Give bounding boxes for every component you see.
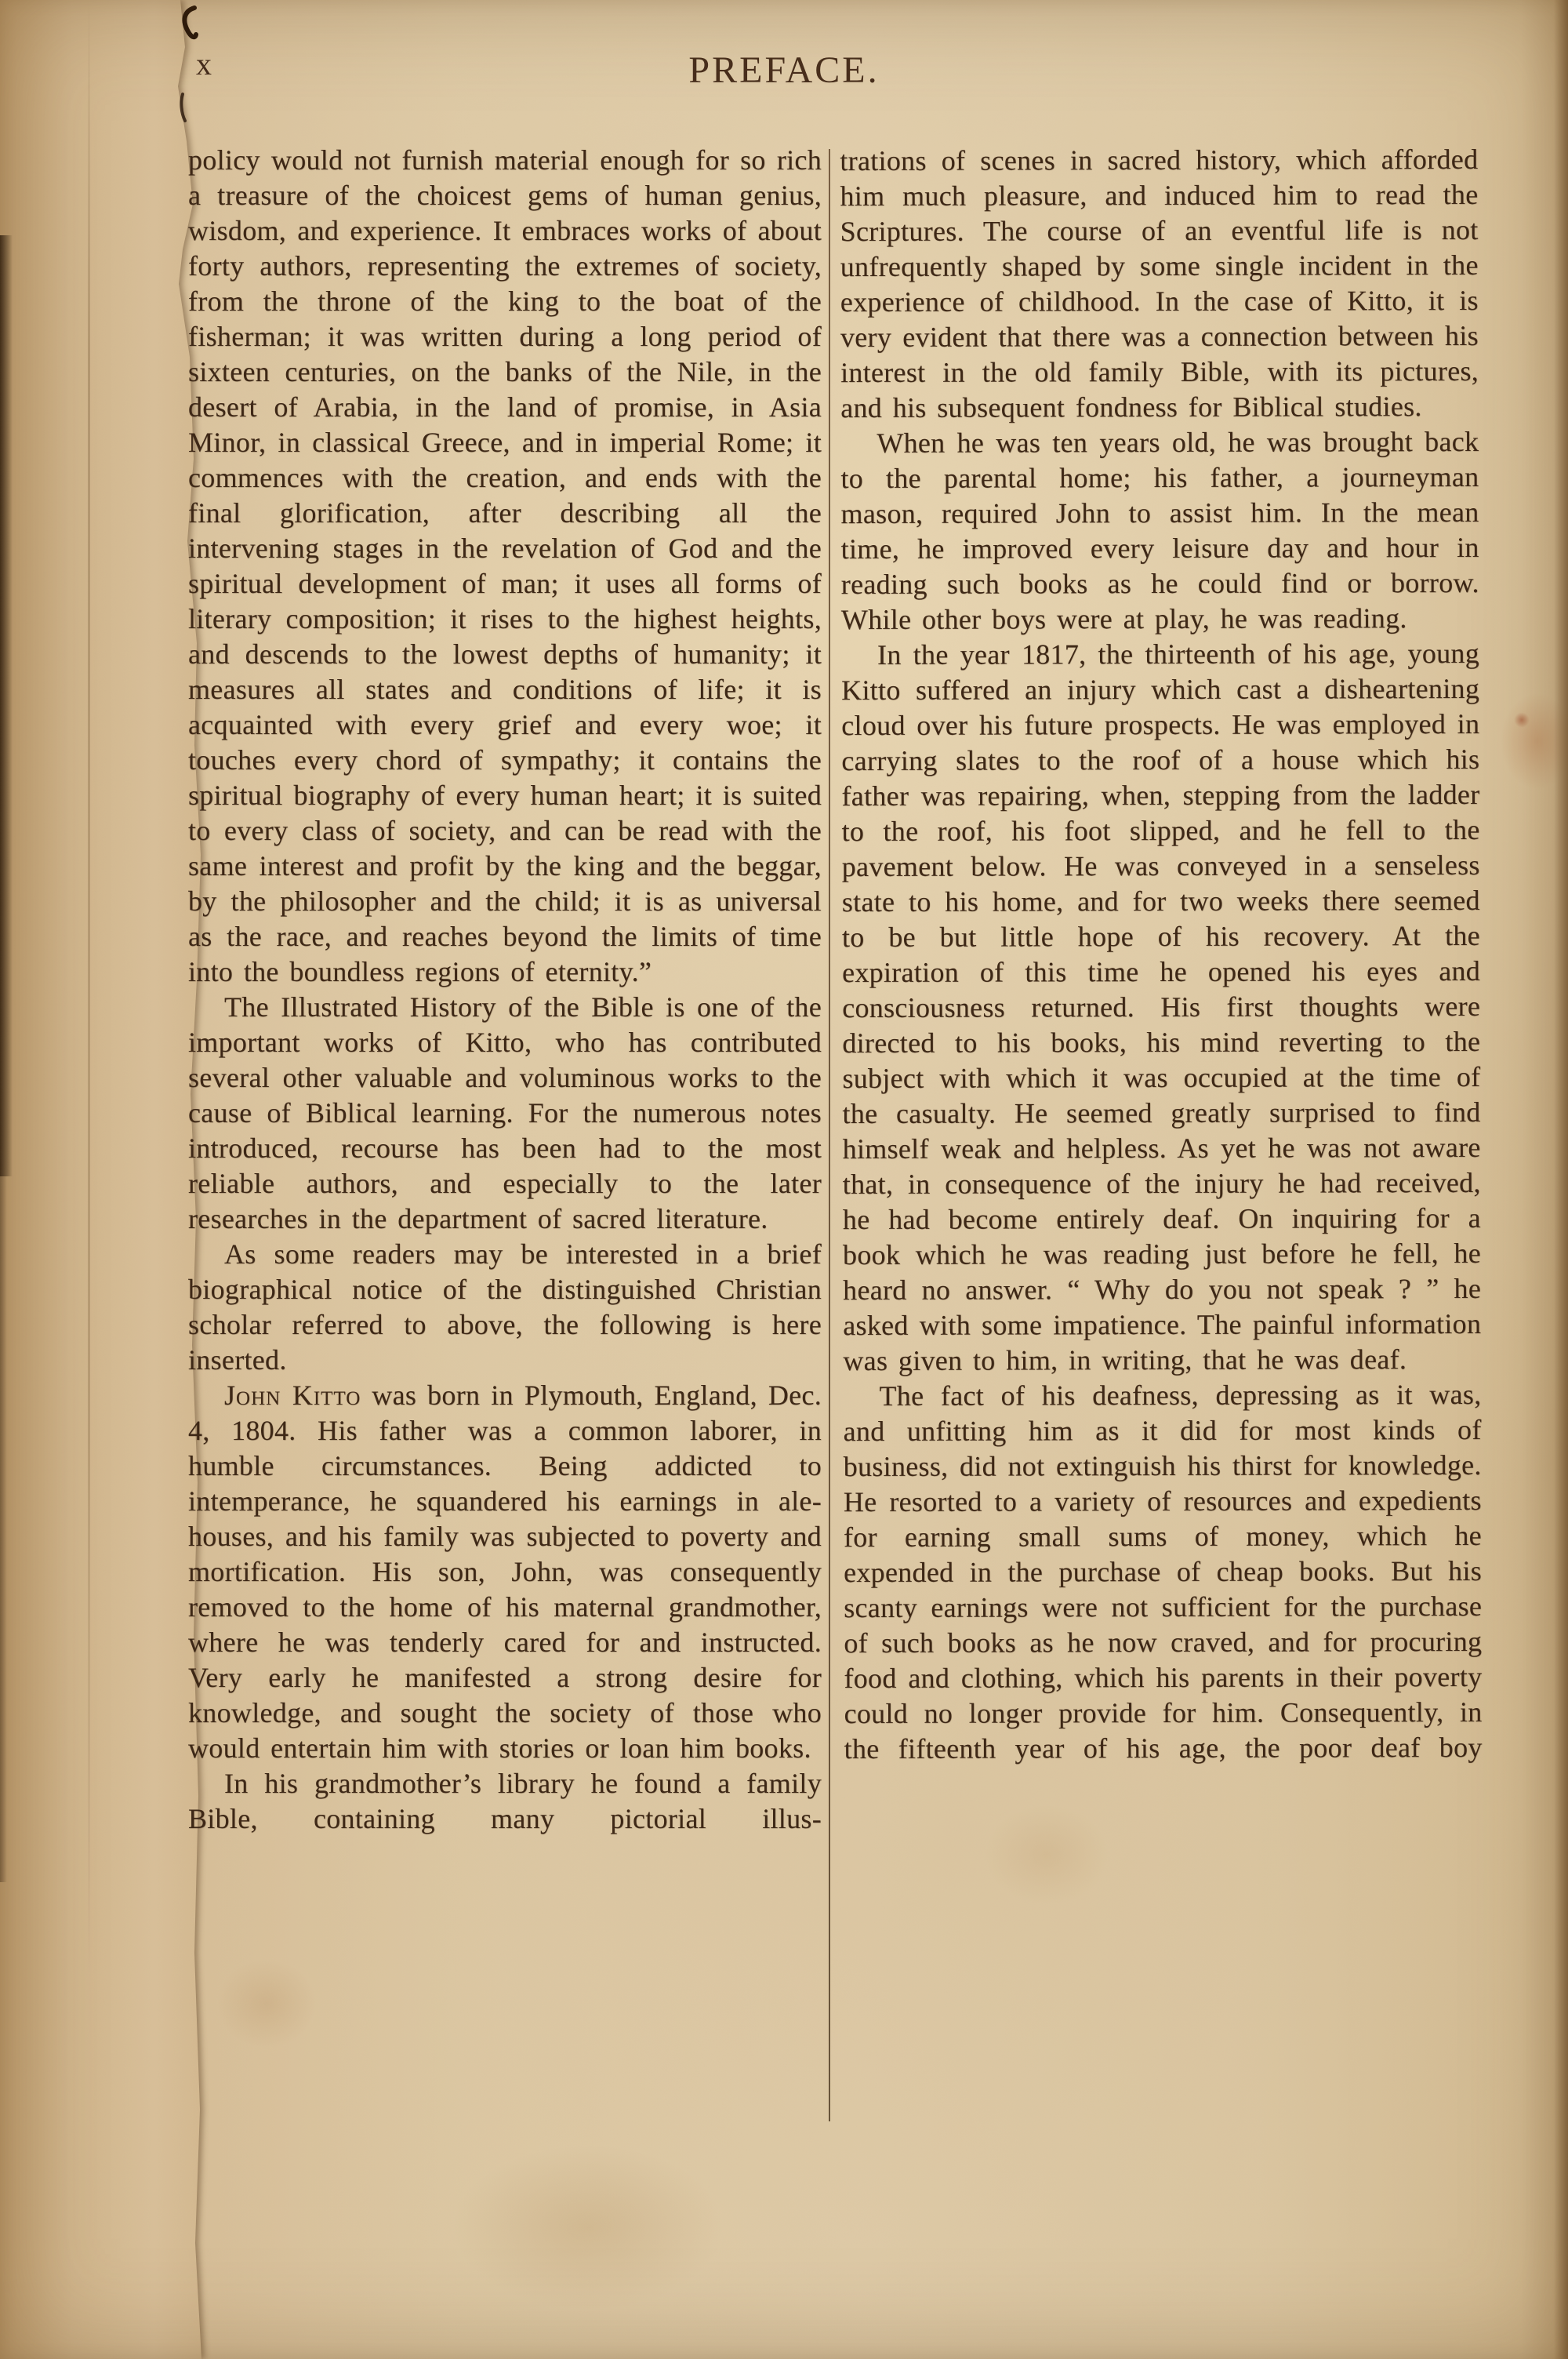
stain bbox=[408, 2117, 768, 2337]
paragraph: When he was ten years old, he was brough… bbox=[840, 424, 1479, 638]
paragraph-text: As some readers may be interested in a b… bbox=[188, 1238, 822, 1376]
gutter-shadow-lower bbox=[0, 1176, 7, 1882]
stain bbox=[1512, 710, 1532, 730]
stain bbox=[200, 1945, 333, 2063]
paper-crease bbox=[88, 0, 90, 1976]
paragraph: In his grandmother’s library he found a … bbox=[188, 1766, 822, 1837]
stain bbox=[1486, 674, 1568, 808]
gutter-shadow bbox=[0, 235, 13, 1176]
paragraph-text: In the year 1817, the thirteenth of his … bbox=[841, 638, 1481, 1376]
paragraph-text: In his grandmother’s library he found a … bbox=[188, 1768, 822, 1834]
left-column: policy would not furnish material enough… bbox=[188, 143, 822, 1837]
page-title: PREFACE. bbox=[0, 49, 1568, 92]
paragraph-text: trations of scenes in sacred history, wh… bbox=[840, 144, 1479, 423]
page-edge-shadow bbox=[1554, 0, 1568, 2359]
book-page-scan: x PREFACE. policy would not furnish mate… bbox=[0, 0, 1568, 2359]
paragraph: As some readers may be interested in a b… bbox=[188, 1237, 822, 1378]
paragraph: The fact of his deafness, depressing as … bbox=[843, 1377, 1482, 1767]
paragraph-text: When he was ten years old, he was brough… bbox=[840, 426, 1479, 635]
paragraph: policy would not furnish material enough… bbox=[188, 143, 822, 990]
paragraph-text: The Illustrated History of the Bible is … bbox=[188, 991, 822, 1234]
paragraph: In the year 1817, the thirteenth of his … bbox=[841, 636, 1481, 1379]
paragraph: John Kitto was born in Plymouth, England… bbox=[188, 1378, 822, 1766]
stain bbox=[964, 1788, 1129, 1921]
torn-page-stub bbox=[0, 0, 205, 2359]
person-name-smallcaps: John Kitto bbox=[224, 1379, 361, 1411]
paragraph-text: was born in Plymouth, England, Dec. 4, 1… bbox=[188, 1379, 822, 1764]
paragraph-text: policy would not furnish material enough… bbox=[188, 144, 822, 987]
paragraph: trations of scenes in sacred history, wh… bbox=[840, 142, 1479, 426]
column-divider-rule bbox=[829, 149, 830, 2121]
torn-paper-edge bbox=[0, 0, 205, 2359]
paragraph-text: The fact of his deafness, depressing as … bbox=[844, 1379, 1483, 1765]
paragraph: The Illustrated History of the Bible is … bbox=[188, 990, 822, 1237]
right-column: trations of scenes in sacred history, wh… bbox=[840, 142, 1482, 1767]
